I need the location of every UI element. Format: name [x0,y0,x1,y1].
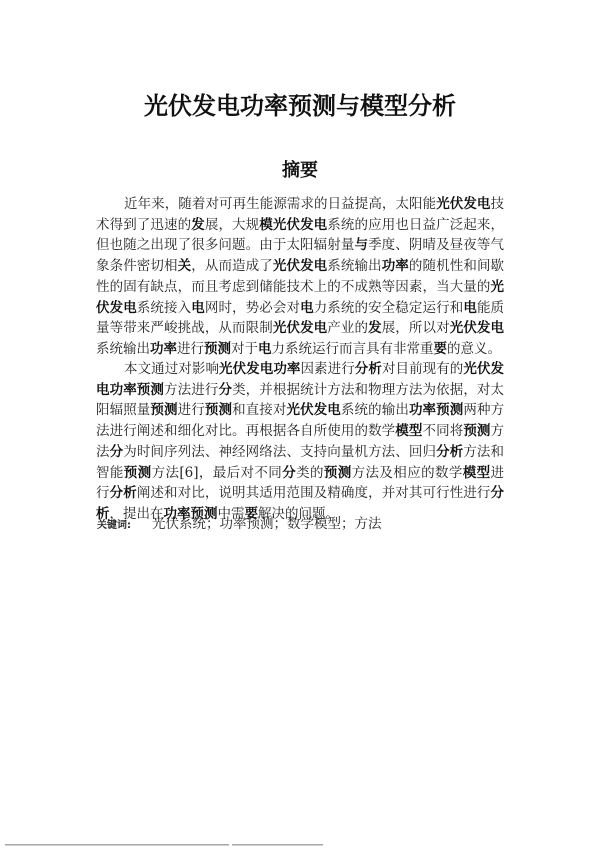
emphasized-text: 功率 [382,258,409,274]
text-run: 和直接对 [232,402,286,418]
footer-divider-left [5,844,229,846]
emphasized-text: 发 [368,320,382,336]
text-run: 类的 [296,465,324,481]
emphasized-text: 电 [463,300,477,316]
text-run: 为时间序列法、神经网络法、支持向量机方法、回归 [123,444,436,460]
emphasized-text: 预测 [150,402,177,418]
text-run: 网时，势必会对 [205,300,300,316]
emphasized-text: 分析 [110,485,137,501]
emphasized-text: 功率预测 [409,402,463,418]
text-run: 系统输出 [96,341,150,357]
text-run: 近年来，随着对可再生能源需求的日益提高，太阳能 [124,196,436,212]
text-run: 方法进行 [164,382,218,398]
text-run: 对于 [231,341,258,357]
keywords-label: 关键词: [97,516,152,531]
text-run: 力系统运行而言具有非常重 [272,341,434,357]
text-run: 系统接入 [137,300,191,316]
emphasized-text: 模光伏发电 [259,217,327,233]
emphasized-text: 预测 [205,402,232,418]
text-run: 系统输出 [327,258,381,274]
emphasized-text: 光伏发电 [273,258,327,274]
keywords-list: 光伏系统；功率预测；数学模型；方法 [152,512,382,532]
abstract-paragraph-2: 本文通过对影响光伏发电功率因素进行分析对目前现有的光伏发电功率预测方法进行分类，… [96,359,504,525]
emphasized-text: 要 [434,341,448,357]
emphasized-text: 光伏发电 [273,320,327,336]
emphasized-text: 功率 [150,341,177,357]
text-run: 不同将 [423,423,464,439]
text-run: 对目前现有的 [382,361,463,377]
emphasized-text: 模型 [395,423,422,439]
document-title: 光伏发电功率预测与模型分析 [0,90,600,122]
text-run: 进行 [178,402,205,418]
paragraph-text: 近年来，随着对可再生能源需求的日益提高，太阳能光伏发电技术得到了迅速的发展，大规… [96,194,504,360]
emphasized-text: 预测 [124,465,152,481]
text-run: 本文通过对影响 [124,361,219,377]
text-run: 展，所以对 [382,320,450,336]
text-run: 方法[6]，最后对不同 [152,465,283,481]
emphasized-text: 分 [218,382,232,398]
emphasized-text: 模型 [463,465,491,481]
keywords-section: 关键词: 光伏系统；功率预测；数学模型；方法 [97,512,382,532]
emphasized-text: 光伏发电 [287,402,341,418]
emphasized-text: 预测 [324,465,352,481]
paragraph-text: 本文通过对影响光伏发电功率因素进行分析对目前现有的光伏发电功率预测方法进行分类，… [96,359,504,525]
emphasized-text: 分 [110,444,124,460]
emphasized-text: 分析 [436,444,463,460]
abstract-paragraph-1: 近年来，随着对可再生能源需求的日益提高，太阳能光伏发电技术得到了迅速的发展，大规… [96,194,504,360]
emphasized-text: 光伏发电 [436,196,490,212]
text-run: 系统的输出 [341,402,409,418]
footer-divider-right [232,844,323,846]
emphasized-text: 电 [258,341,272,357]
emphasized-text: 电 [191,300,205,316]
emphasized-text: 预测 [463,423,490,439]
emphasized-text: 预测 [204,341,231,357]
emphasized-text: 发 [191,217,205,233]
emphasized-text: 与 [354,237,368,253]
text-run: 力系统的安全稳定运行和 [314,300,464,316]
emphasized-text: 分 [282,465,296,481]
emphasized-text: 分析 [355,361,382,377]
text-run: 产业的 [327,320,368,336]
emphasized-text: 光伏发电 [450,320,504,336]
text-run: 进行 [177,341,204,357]
emphasized-text: 关 [178,258,192,274]
text-run: 阐述和对比，说明其适用范围及精确度，并对其可行性进行 [137,485,491,501]
emphasized-text: 光伏发电功率 [219,361,300,377]
text-run: 方法及相应的数学 [352,465,463,481]
text-run: 展，大规 [205,217,259,233]
text-run: ，从而造成了 [191,258,273,274]
text-run: 因素进行 [300,361,354,377]
emphasized-text: 电 [300,300,314,316]
abstract-heading: 摘要 [0,158,600,184]
text-run: 的意义。 [447,341,501,357]
